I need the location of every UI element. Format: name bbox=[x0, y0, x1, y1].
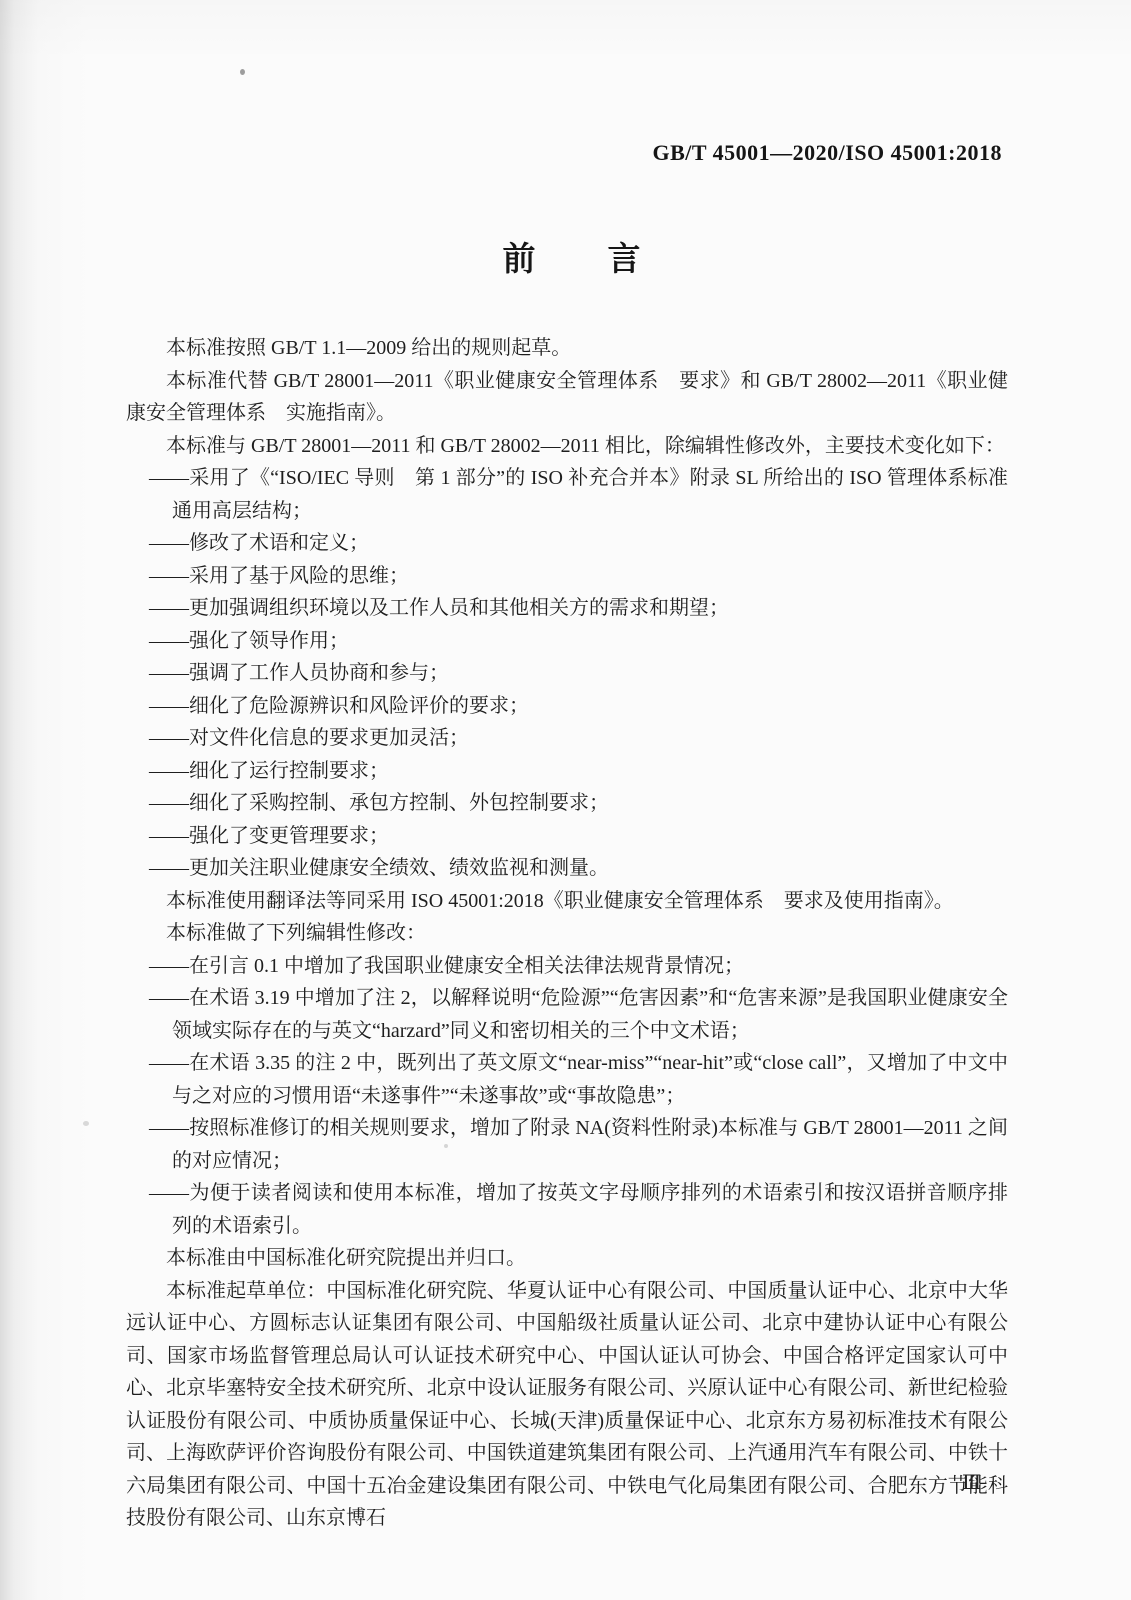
page-number: Ⅲ bbox=[962, 1470, 981, 1495]
document-page: GB/T 45001—2020/ISO 45001:2018 前 言 本标准按照… bbox=[0, 0, 1131, 1600]
edit-list-item: ——在术语 3.19 中增加了注 2，以解释说明“危险源”“危害因素”和“危害来… bbox=[126, 982, 1008, 1047]
change-list-item: ——采用了基于风险的思维； bbox=[126, 560, 1008, 593]
change-list-item: ——强调了工作人员协商和参与； bbox=[126, 657, 1008, 690]
change-list-item: ——细化了运行控制要求； bbox=[126, 755, 1008, 788]
change-list-item: ——强化了领导作用； bbox=[126, 625, 1008, 658]
foreword-paragraph: 本标准与 GB/T 28001—2011 和 GB/T 28002—2011 相… bbox=[126, 430, 1008, 463]
edit-list-item: ——按照标准修订的相关规则要求，增加了附录 NA(资料性附录)本标准与 GB/T… bbox=[126, 1112, 1008, 1177]
change-list-item: ——更加强调组织环境以及工作人员和其他相关方的需求和期望； bbox=[126, 592, 1008, 625]
change-list-item: ——修改了术语和定义； bbox=[126, 527, 1008, 560]
page-title: 前 言 bbox=[0, 233, 1131, 280]
foreword-paragraph: 本标准代替 GB/T 28001—2011《职业健康安全管理体系 要求》和 GB… bbox=[126, 365, 1008, 430]
change-list-item: ——细化了危险源辨识和风险评价的要求； bbox=[126, 690, 1008, 723]
change-list-item: ——更加关注职业健康安全绩效、绩效监视和测量。 bbox=[126, 852, 1008, 885]
edit-list-item: ——在术语 3.35 的注 2 中，既列出了英文原文“near-miss”“ne… bbox=[126, 1047, 1008, 1112]
change-list-item: ——细化了采购控制、承包方控制、外包控制要求； bbox=[126, 787, 1008, 820]
foreword-paragraph: 本标准由中国标准化研究院提出并归口。 bbox=[126, 1242, 1008, 1275]
foreword-paragraph: 本标准起草单位：中国标准化研究院、华夏认证中心有限公司、中国质量认证中心、北京中… bbox=[126, 1275, 1008, 1535]
foreword-paragraph: 本标准按照 GB/T 1.1—2009 给出的规则起草。 bbox=[126, 332, 1008, 365]
standard-code-header: GB/T 45001—2020/ISO 45001:2018 bbox=[652, 140, 1002, 166]
change-list-item: ——强化了变更管理要求； bbox=[126, 820, 1008, 853]
edit-list-item: ——在引言 0.1 中增加了我国职业健康安全相关法律法规背景情况； bbox=[126, 950, 1008, 983]
scan-speck bbox=[444, 1144, 448, 1148]
scan-speck bbox=[83, 1121, 89, 1126]
foreword-paragraph: 本标准使用翻译法等同采用 ISO 45001:2018《职业健康安全管理体系 要… bbox=[126, 885, 1008, 918]
change-list-item: ——采用了《“ISO/IEC 导则 第 1 部分”的 ISO 补充合并本》附录 … bbox=[126, 462, 1008, 527]
edit-list-item: ——为便于读者阅读和使用本标准，增加了按英文字母顺序排列的术语索引和按汉语拼音顺… bbox=[126, 1177, 1008, 1242]
foreword-paragraph: 本标准做了下列编辑性修改： bbox=[126, 917, 1008, 950]
scan-speck bbox=[240, 69, 245, 75]
change-list-item: ——对文件化信息的要求更加灵活； bbox=[126, 722, 1008, 755]
foreword-body: 本标准按照 GB/T 1.1—2009 给出的规则起草。 本标准代替 GB/T … bbox=[126, 332, 1008, 1535]
